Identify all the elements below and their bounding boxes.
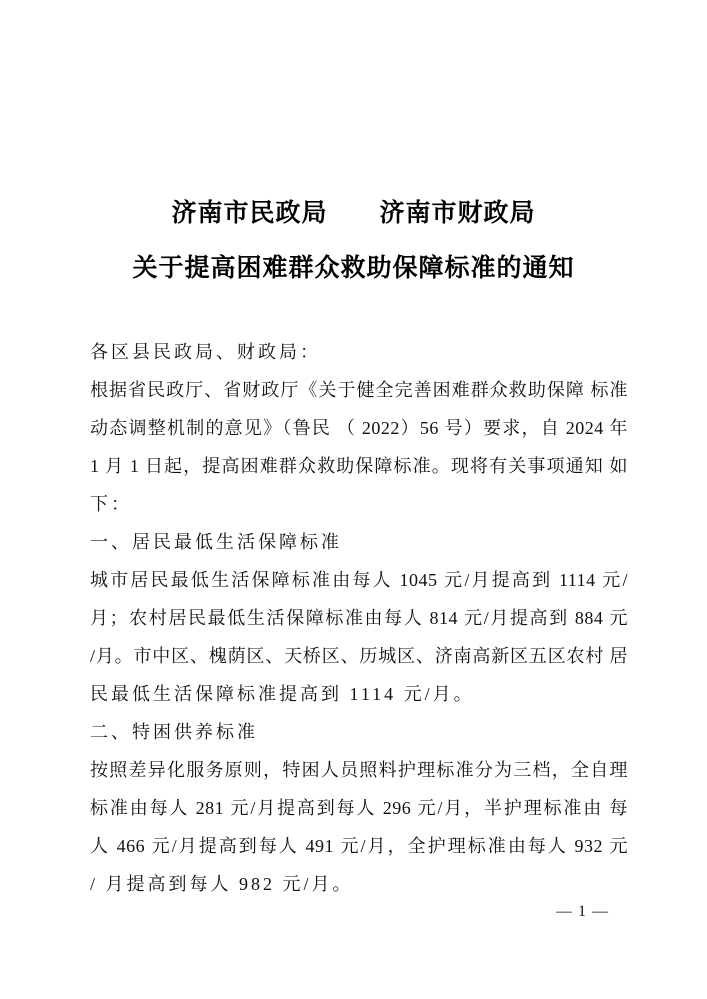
body-line: 城市居民最低生活保障标准由每人 1045 元/月提高到 1114 元/: [90, 561, 628, 599]
document-title-agencies: 济南市民政局 济南市财政局: [0, 193, 707, 229]
body-line: / 月提高到每人 982 元/月。: [90, 865, 628, 903]
body-line-salutation: 各区县民政局、财政局：: [90, 333, 628, 371]
body-line: 根据省民政厅、省财政厅《关于健全完善困难群众救助保障 标准: [90, 371, 628, 409]
document-title-subject: 关于提高困难群众救助保障标准的通知: [0, 248, 707, 284]
body-line: 1 月 1 日起，提高困难群众救助保障标准。现将有关事项通知 如: [90, 447, 628, 485]
body-line-section-1-heading: 一、居民最低生活保障标准: [90, 523, 628, 561]
document-page: 济南市民政局 济南市财政局 关于提高困难群众救助保障标准的通知 各区县民政局、财…: [0, 0, 707, 999]
body-line: /月。市中区、槐荫区、天桥区、历城区、济南高新区五区农村 居: [90, 637, 628, 675]
body-line-section-2-heading: 二、特困供养标准: [90, 713, 628, 751]
body-line: 下：: [90, 485, 628, 523]
document-body: 各区县民政局、财政局： 根据省民政厅、省财政厅《关于健全完善困难群众救助保障 标…: [90, 333, 628, 903]
page-number: — 1 —: [556, 903, 609, 921]
body-line: 动态调整机制的意见》（鲁民 （ 2022）56 号）要求，自 2024 年: [90, 409, 628, 447]
body-line: 月；农村居民最低生活保障标准由每人 814 元/月提高到 884 元: [90, 599, 628, 637]
body-line: 标准由每人 281 元/月提高到每人 296 元/月，半护理标准由 每: [90, 789, 628, 827]
body-line: 民最低生活保障标准提高到 1114 元/月。: [90, 675, 628, 713]
body-line: 人 466 元/月提高到每人 491 元/月，全护理标准由每人 932 元: [90, 827, 628, 865]
body-line: 按照差异化服务原则，特困人员照料护理标准分为三档，全自理: [90, 751, 628, 789]
